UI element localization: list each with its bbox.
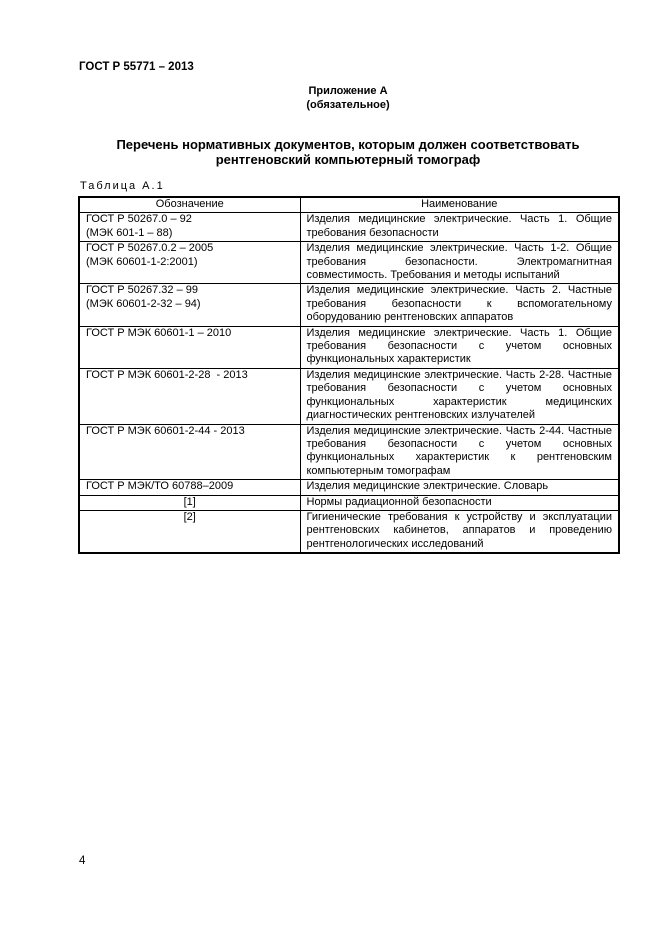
table-row: ГОСТ Р МЭК 60601-2-28 - 2013 Изделия мед…	[79, 368, 619, 424]
designation-cell: [2]	[79, 510, 300, 553]
table-row: ГОСТ Р 50267.0 – 92 (МЭК 601-1 – 88) Изд…	[79, 213, 619, 242]
table-row: ГОСТ Р МЭК/ТО 60788–2009 Изделия медицин…	[79, 480, 619, 495]
table-row: ГОСТ Р 50267.32 – 99 (МЭК 60601-2-32 – 9…	[79, 284, 619, 326]
name-cell: Изделия медицинские электрические. Часть…	[300, 242, 619, 284]
designation-cell: ГОСТ Р МЭК 60601-2-44 - 2013	[79, 424, 300, 480]
table-row: ГОСТ Р 50267.0.2 – 2005 (МЭК 60601-1-2:2…	[79, 242, 619, 284]
designation-cell: ГОСТ Р 50267.0 – 92 (МЭК 601-1 – 88)	[79, 213, 300, 242]
normative-documents-table: Обозначение Наименование ГОСТ Р 50267.0 …	[78, 196, 620, 554]
name-cell: Изделия медицинские электрические. Часть…	[300, 424, 619, 480]
column-header-name: Наименование	[300, 197, 619, 213]
table-header-row: Обозначение Наименование	[79, 197, 619, 213]
page-number: 4	[79, 855, 85, 867]
appendix-title: Приложение А	[78, 85, 618, 99]
name-cell: Гигиенические требования к устройству и …	[300, 510, 619, 553]
name-cell: Изделия медицинские электрические. Слова…	[300, 480, 619, 495]
table-row: [1] Нормы радиационной безопасности	[79, 495, 619, 510]
document-title: Перечень нормативных документов, которым…	[60, 137, 636, 167]
name-cell: Изделия медицинские электрические. Часть…	[300, 284, 619, 326]
document-title-line1: Перечень нормативных документов, которым…	[60, 137, 636, 152]
name-cell: Изделия медицинские электрические. Часть…	[300, 368, 619, 424]
designation-cell: ГОСТ Р МЭК/ТО 60788–2009	[79, 480, 300, 495]
name-cell: Изделия медицинские электрические. Часть…	[300, 213, 619, 242]
designation-cell: ГОСТ Р 50267.32 – 99 (МЭК 60601-2-32 – 9…	[79, 284, 300, 326]
table-row: ГОСТ Р МЭК 60601-1 – 2010 Изделия медици…	[79, 326, 619, 368]
designation-cell: [1]	[79, 495, 300, 510]
document-title-line2: рентгеновский компьютерный томограф	[60, 152, 636, 167]
name-cell: Изделия медицинские электрические. Часть…	[300, 326, 619, 368]
appendix-note: (обязательное)	[78, 99, 618, 113]
table-caption: Таблица А.1	[80, 180, 165, 192]
column-header-designation: Обозначение	[79, 197, 300, 213]
table-row: [2] Гигиенические требования к устройств…	[79, 510, 619, 553]
designation-cell: ГОСТ Р МЭК 60601-2-28 - 2013	[79, 368, 300, 424]
name-cell: Нормы радиационной безопасности	[300, 495, 619, 510]
designation-cell: ГОСТ Р МЭК 60601-1 – 2010	[79, 326, 300, 368]
table-row: ГОСТ Р МЭК 60601-2-44 - 2013 Изделия мед…	[79, 424, 619, 480]
designation-cell: ГОСТ Р 50267.0.2 – 2005 (МЭК 60601-1-2:2…	[79, 242, 300, 284]
document-code: ГОСТ Р 55771 – 2013	[79, 61, 194, 73]
appendix-heading: Приложение А (обязательное)	[78, 85, 618, 112]
